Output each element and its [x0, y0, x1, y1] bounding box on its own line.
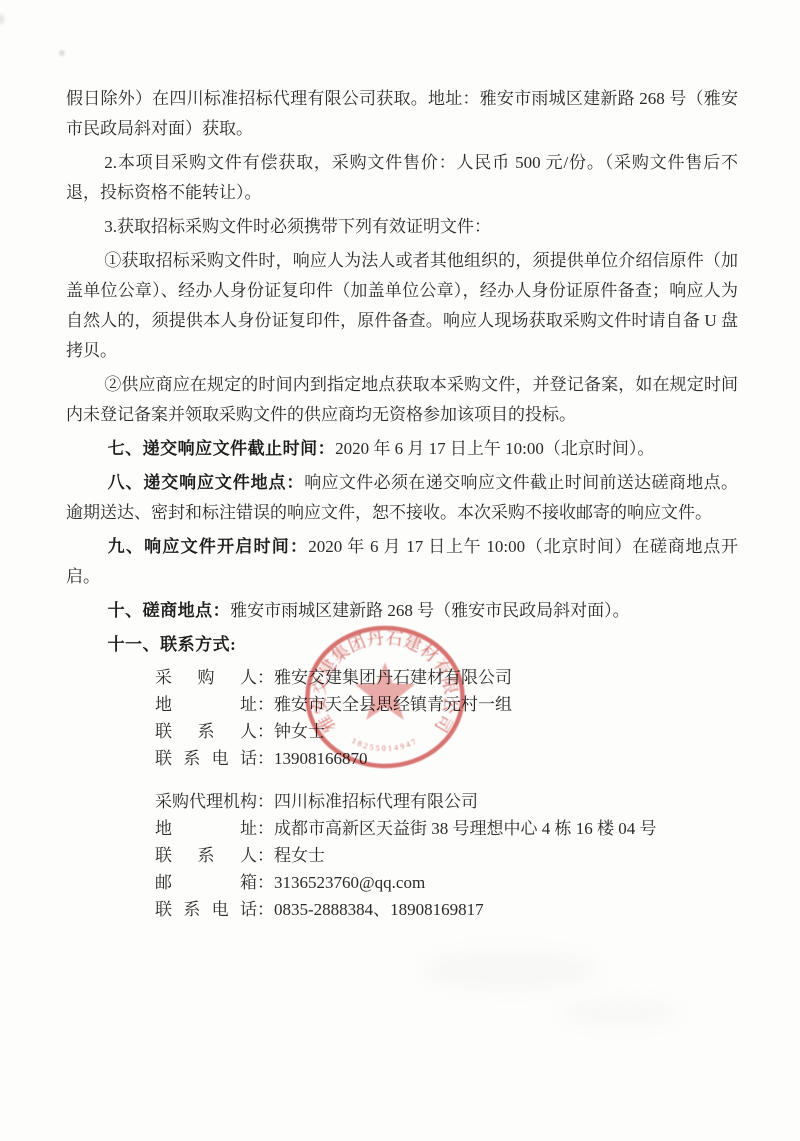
contact-label: 联系电话: [155, 896, 257, 923]
contact-row-agency-address: 地址：成都市高新区天益街 38 号理想中心 4 栋 16 楼 04 号: [155, 815, 738, 842]
section-7-text: 2020 年 6 月 17 日上午 10:00（北京时间）。: [335, 439, 654, 458]
scan-ghosting: [560, 1000, 680, 1026]
buyer-contact-block: 采购人：雅安交建集团丹石建材有限公司 地址：雅安市天全县思经镇青元村一组 联系人…: [155, 664, 738, 772]
contact-colon: ：: [257, 691, 274, 718]
contact-row-buyer-name: 采购人：雅安交建集团丹石建材有限公司: [155, 664, 738, 691]
section-7-deadline: 七、递交响应文件截止时间：2020 年 6 月 17 日上午 10:00（北京时…: [66, 434, 738, 464]
section-10-negotiation-place: 十、磋商地点：雅安市雨城区建新路 268 号（雅安市民政局斜对面）。: [66, 596, 738, 626]
paragraph-fee: 2.本项目采购文件有偿获取，采购文件售价：人民币 500 元/份。（采购文件售后…: [66, 148, 738, 208]
document-body: 假日除外）在四川标准招标代理有限公司获取。地址：雅安市雨城区建新路 268 号（…: [0, 0, 800, 923]
contact-value: 13908166870: [274, 749, 368, 768]
contact-value: 0835-2888384、18908169817: [274, 900, 484, 919]
contact-label: 联系电话: [155, 745, 257, 772]
contact-value: 四川标准招标代理有限公司: [274, 792, 478, 811]
paragraph-continuation: 假日除外）在四川标准招标代理有限公司获取。地址：雅安市雨城区建新路 268 号（…: [66, 84, 738, 144]
paragraph-certificates-heading: 3.获取招标采购文件时必须携带下列有效证明文件：: [66, 212, 738, 242]
contact-value: 雅安市天全县思经镇青元村一组: [274, 695, 512, 714]
section-7-heading: 七、递交响应文件截止时间：: [108, 439, 336, 458]
section-8-delivery-place: 八、递交响应文件地点：响应文件必须在递交响应文件截止时间前送达磋商地点。逾期送达…: [66, 468, 738, 528]
scanned-document-page: 假日除外）在四川标准招标代理有限公司获取。地址：雅安市雨城区建新路 268 号（…: [0, 0, 800, 1141]
contact-row-agency-person: 联系人：程女士: [155, 842, 738, 869]
contact-colon: ：: [257, 869, 274, 896]
contact-colon: ：: [257, 842, 274, 869]
contact-label: 采购人: [155, 664, 257, 691]
contact-row-agency-name: 采购代理机构：四川标准招标代理有限公司: [155, 788, 738, 815]
section-10-text: 雅安市雨城区建新路 268 号（雅安市民政局斜对面）。: [230, 601, 630, 620]
contact-label: 联系人: [155, 842, 257, 869]
contact-colon: ：: [257, 896, 274, 923]
contact-label: 联系人: [155, 718, 257, 745]
section-10-heading: 十、磋商地点：: [108, 601, 231, 620]
contact-colon: ：: [257, 664, 274, 691]
contact-label: 地址: [155, 815, 257, 842]
contact-row-agency-email: 邮箱：3136523760@qq.com: [155, 869, 738, 896]
contact-value: 3136523760@qq.com: [274, 873, 425, 892]
contact-value: 钟女士: [274, 722, 325, 741]
section-8-heading: 八、递交响应文件地点：: [108, 473, 305, 492]
section-11-heading: 十一、联系方式:: [108, 635, 237, 654]
contact-value: 程女士: [274, 846, 325, 865]
contact-colon: ：: [257, 815, 274, 842]
section-9-heading: 九、响应文件开启时间：: [108, 537, 309, 556]
contact-row-buyer-phone: 联系电话：13908166870: [155, 745, 738, 772]
contact-label: 地址: [155, 691, 257, 718]
contact-row-buyer-person: 联系人：钟女士: [155, 718, 738, 745]
contact-label: 邮箱: [155, 869, 257, 896]
contact-row-agency-phone: 联系电话：0835-2888384、18908169817: [155, 896, 738, 923]
contact-label: 采购代理机构: [155, 788, 257, 815]
contact-value: 成都市高新区天益街 38 号理想中心 4 栋 16 楼 04 号: [274, 819, 657, 838]
paragraph-certificate-rule-1: ①获取招标采购文件时，响应人为法人或者其他组织的，须提供单位介绍信原件（加盖单位…: [66, 246, 738, 366]
contact-colon: ：: [257, 718, 274, 745]
contact-colon: ：: [257, 788, 274, 815]
contact-row-buyer-address: 地址：雅安市天全县思经镇青元村一组: [155, 691, 738, 718]
section-11-contact-heading: 十一、联系方式:: [66, 630, 738, 660]
contact-colon: ：: [257, 745, 274, 772]
scan-ghosting: [420, 950, 600, 990]
paragraph-certificate-rule-2: ②供应商应在规定的时间内到指定地点获取本采购文件，并登记备案，如在规定时间内未登…: [66, 370, 738, 430]
section-9-opening-time: 九、响应文件开启时间：2020 年 6 月 17 日上午 10:00（北京时间）…: [66, 532, 738, 592]
agency-contact-block: 采购代理机构：四川标准招标代理有限公司 地址：成都市高新区天益街 38 号理想中…: [155, 788, 738, 923]
contact-value: 雅安交建集团丹石建材有限公司: [274, 668, 512, 687]
